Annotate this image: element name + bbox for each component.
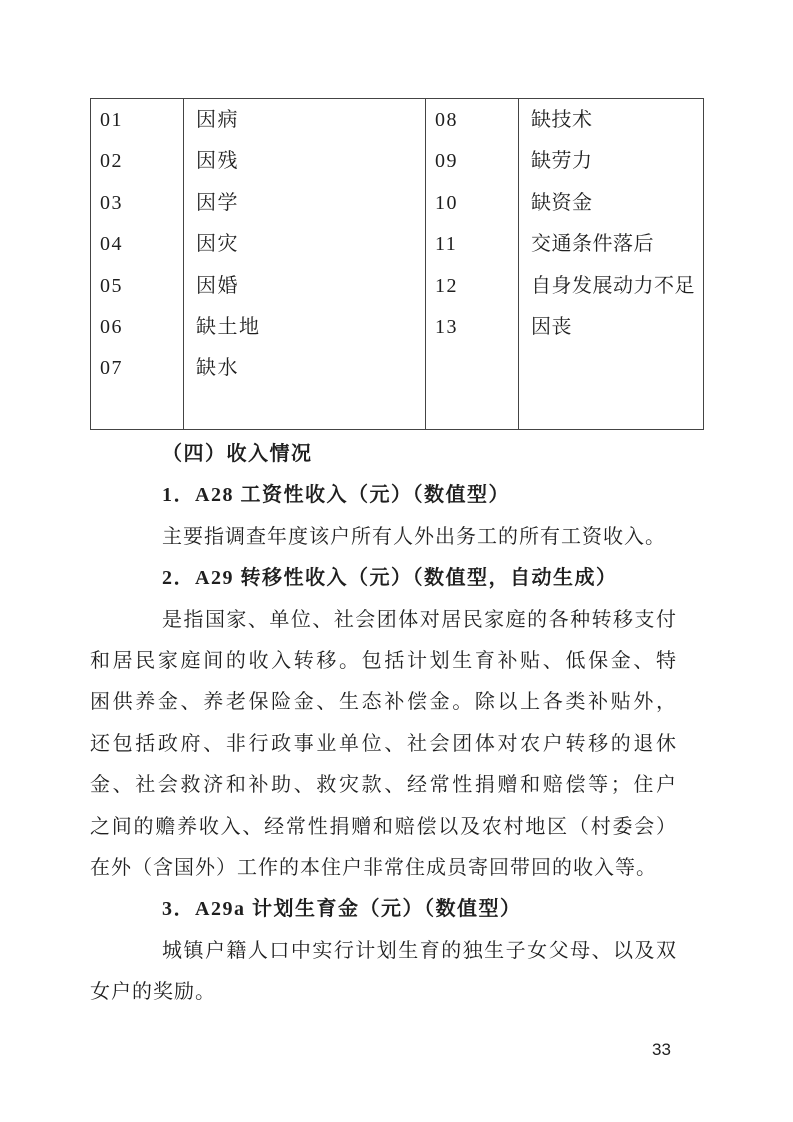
table-label-cell: 因病 <box>196 100 425 141</box>
item-title-a28: 1．A28 工资性收入（元）（数值型） <box>162 475 676 516</box>
paragraph-line: 还包括政府、非行政事业单位、社会团体对农户转移的退休 <box>90 724 676 765</box>
table-code-cell: 06 <box>100 307 183 348</box>
table-code-cell: 05 <box>100 266 183 307</box>
table-label-cell: 因灾 <box>196 224 425 265</box>
paragraph-line: 之间的赡养收入、经常性捐赠和赔偿以及农村地区（村委会） <box>90 807 676 848</box>
paragraph-line: 主要指调查年度该户所有人外出务工的所有工资收入。 <box>90 517 676 558</box>
table-code-cell: 11 <box>435 224 518 265</box>
paragraph-line: 困供养金、养老保险金、生态补偿金。除以上各类补贴外， <box>90 682 676 723</box>
table-code-cell: 08 <box>435 100 518 141</box>
table-label-cell: 缺土地 <box>196 307 425 348</box>
table-column-labels-left: 因病 因残 因学 因灾 因婚 缺土地 缺水 <box>184 99 426 429</box>
table-column-codes-left: 01 02 03 04 05 06 07 <box>91 99 184 429</box>
page-number: 33 <box>652 1038 671 1062</box>
table-code-cell: 12 <box>435 266 518 307</box>
table-code-cell: 09 <box>435 141 518 182</box>
paragraph-line: 是指国家、单位、社会团体对居民家庭的各种转移支付 <box>90 600 676 641</box>
table-code-cell: 10 <box>435 183 518 224</box>
paragraph-line: 女户的奖励。 <box>90 972 676 1013</box>
paragraph-line: 金、社会救济和补助、救灾款、经常性捐赠和赔偿等；住户 <box>90 765 676 806</box>
item-title-a29: 2．A29 转移性收入（元）（数值型，自动生成） <box>162 558 676 599</box>
paragraph-line: 在外（含国外）工作的本住户非常住成员寄回带回的收入等。 <box>90 848 676 889</box>
table-label-cell: 因丧 <box>531 307 703 348</box>
table-column-labels-right: 缺技术 缺劳力 缺资金 交通条件落后 自身发展动力不足 因丧 <box>519 99 703 429</box>
table-label-cell: 因婚 <box>196 266 425 307</box>
table-code-cell: 13 <box>435 307 518 348</box>
table-label-cell: 因残 <box>196 141 425 182</box>
paragraph-line: 城镇户籍人口中实行计划生育的独生子女父母、以及双 <box>90 931 676 972</box>
table-label-cell: 因学 <box>196 183 425 224</box>
table-code-cell: 03 <box>100 183 183 224</box>
body-text: （四）收入情况 1．A28 工资性收入（元）（数值型） 主要指调查年度该户所有人… <box>90 434 676 1013</box>
table-column-codes-right: 08 09 10 11 12 13 <box>426 99 519 429</box>
codes-table: 01 02 03 04 05 06 07 因病 因残 因学 因灾 因婚 缺土地 … <box>90 98 704 430</box>
table-label-cell: 交通条件落后 <box>531 224 703 265</box>
table-label-cell: 缺资金 <box>531 183 703 224</box>
table-label-cell: 缺劳力 <box>531 141 703 182</box>
table-code-cell: 04 <box>100 224 183 265</box>
table-code-cell: 01 <box>100 100 183 141</box>
item-title-a29a: 3．A29a 计划生育金（元）（数值型） <box>162 889 676 930</box>
table-code-cell: 02 <box>100 141 183 182</box>
section-heading: （四）收入情况 <box>162 434 676 475</box>
table-label-cell: 缺水 <box>196 348 425 389</box>
table-code-cell: 07 <box>100 348 183 389</box>
table-label-cell: 自身发展动力不足 <box>531 266 703 307</box>
table-label-cell: 缺技术 <box>531 100 703 141</box>
document-page: 01 02 03 04 05 06 07 因病 因残 因学 因灾 因婚 缺土地 … <box>0 0 793 1122</box>
paragraph-line: 和居民家庭间的收入转移。包括计划生育补贴、低保金、特 <box>90 641 676 682</box>
